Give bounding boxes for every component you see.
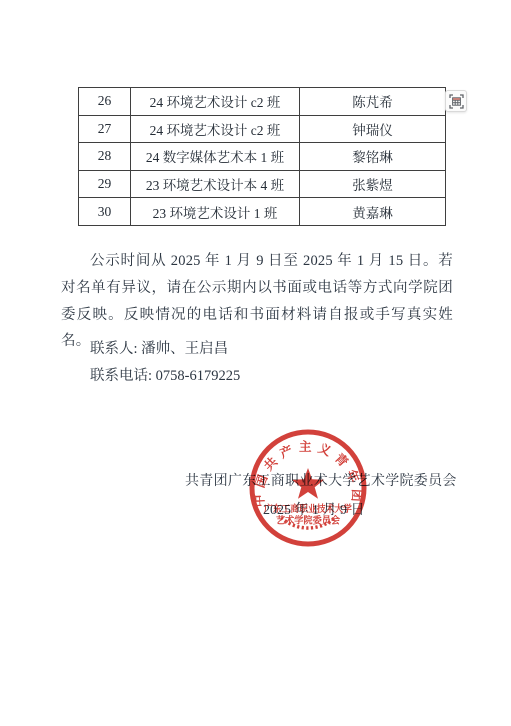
contact-block: 联系人: 潘帅、王启昌 联系电话: 0758-6179225 xyxy=(61,336,240,390)
table-row: 30 23 环境艺术设计 1 班 黄嘉琳 xyxy=(79,198,446,226)
seal-bottom-marks xyxy=(281,518,335,528)
row-number-cell: 29 xyxy=(79,170,131,198)
name-cell: 黄嘉琳 xyxy=(300,198,446,226)
name-cell: 钟瑞仪 xyxy=(300,115,446,143)
table-row: 26 24 环境艺术设计 c2 班 陈芃希 xyxy=(79,88,446,116)
signature-date: 2025 年 1 月 9 日 xyxy=(263,499,365,519)
class-cell: 23 环境艺术设计本 4 班 xyxy=(131,170,300,198)
class-cell: 24 环境艺术设计 c2 班 xyxy=(131,115,300,143)
document-page: 26 24 环境艺术设计 c2 班 陈芃希 27 24 环境艺术设计 c2 班 … xyxy=(0,0,511,726)
class-cell: 23 环境艺术设计 1 班 xyxy=(131,198,300,226)
row-number-cell: 26 xyxy=(79,88,131,116)
table-row: 29 23 环境艺术设计本 4 班 张紫煜 xyxy=(79,170,446,198)
signature-organization: 共青团广东工商职业术大学艺术学院委员会 xyxy=(185,470,457,490)
row-number-cell: 27 xyxy=(79,115,131,143)
table-row: 27 24 环境艺术设计 c2 班 钟瑞仪 xyxy=(79,115,446,143)
name-cell: 黎铭琳 xyxy=(300,143,446,171)
roster-table-body: 26 24 环境艺术设计 c2 班 陈芃希 27 24 环境艺术设计 c2 班 … xyxy=(79,88,446,226)
name-cell: 陈芃希 xyxy=(300,88,446,116)
roster-table: 26 24 环境艺术设计 c2 班 陈芃希 27 24 环境艺术设计 c2 班 … xyxy=(78,87,446,226)
class-cell: 24 环境艺术设计 c2 班 xyxy=(131,88,300,116)
contact-phone-line: 联系电话: 0758-6179225 xyxy=(61,363,240,390)
row-number-cell: 28 xyxy=(79,143,131,171)
table-row: 28 24 数字媒体艺术本 1 班 黎铭琳 xyxy=(79,143,446,171)
row-number-cell: 30 xyxy=(79,198,131,226)
contact-person-line: 联系人: 潘帅、王启昌 xyxy=(61,336,240,363)
table-select-icon xyxy=(449,94,464,109)
table-select-button[interactable] xyxy=(445,90,467,112)
class-cell: 24 数字媒体艺术本 1 班 xyxy=(131,143,300,171)
name-cell: 张紫煜 xyxy=(300,170,446,198)
